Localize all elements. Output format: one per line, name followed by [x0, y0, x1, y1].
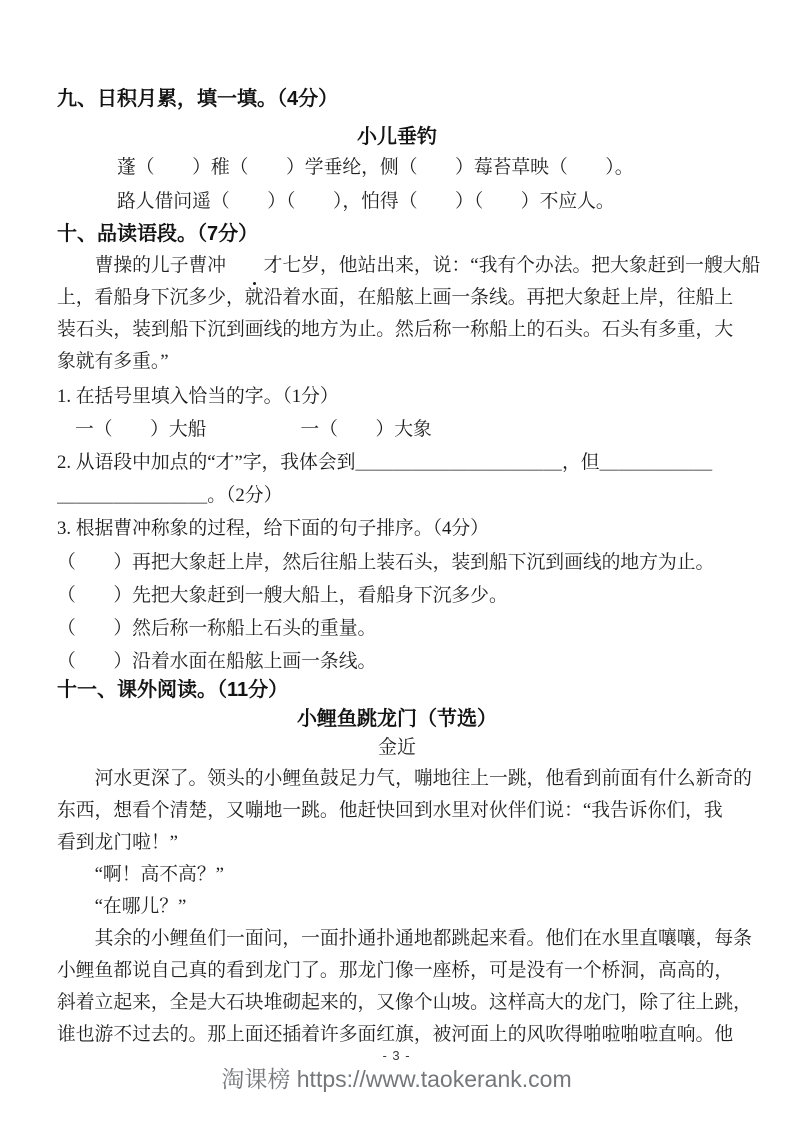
order-item: （ ）沿着水面在船舷上画一条线。: [57, 644, 737, 677]
reading-line: 斜着立起来，全是大石块堆砌起来的，又像个山坡。这样高大的龙门，除了往上跳，: [57, 987, 737, 1019]
page-number: - 3 -: [0, 1048, 793, 1064]
passage-line: 上，看船身下沉多少，就沿着水面，在船舷上画一条线。再把大象赶上岸，往船上: [57, 282, 737, 314]
emphasized-char: 才: [226, 250, 282, 282]
order-item: （ ）再把大象赶上岸，然后往船上装石头，装到船下沉到画线的地方为止。: [57, 545, 737, 578]
site-watermark: 淘课榜 https://www.taokerank.com: [0, 1066, 793, 1093]
reading-title: 小鲤鱼跳龙门（节选）: [57, 706, 737, 733]
question-1-fill-line: 一（ ）大船 一（ ）大象: [75, 413, 737, 446]
reading-line: 河水更深了。领头的小鲤鱼鼓足力气，嘣地往上一跳，他看到前面有什么新奇的: [57, 763, 737, 795]
passage-line: 象就有多重。”: [57, 346, 737, 378]
poem-line: 路人借问遥（ ）（ ），怕得（ ）（ ）不应人。: [117, 185, 737, 219]
section-11: 十一、课外阅读。（11分） 小鲤鱼跳龙门（节选） 金近 河水更深了。领头的小鲤鱼…: [57, 677, 737, 1051]
section-9: 九、日积月累，填一填。（4分） 小儿垂钓 蓬（ ）稚（ ）学垂纶，侧（ ）莓苔草…: [57, 86, 737, 219]
order-item: （ ）然后称一称船上石头的重量。: [57, 611, 737, 644]
section-10: 十、品读语段。（7分） 曹操的儿子曹冲才七岁，他站出来，说：“我有个办法。把大象…: [57, 221, 737, 677]
reading-line: 看到龙门啦！”: [57, 827, 737, 859]
poem-title: 小儿垂钓: [57, 124, 737, 151]
passage-line-1-post: 七岁，他站出来，说：“我有个办法。把大象赶到一艘大船: [282, 255, 760, 276]
page-content: 九、日积月累，填一填。（4分） 小儿垂钓 蓬（ ）稚（ ）学垂纶，侧（ ）莓苔草…: [0, 0, 793, 1051]
worksheet-page: 九、日积月累，填一填。（4分） 小儿垂钓 蓬（ ）稚（ ）学垂纶，侧（ ）莓苔草…: [0, 0, 793, 1122]
question-2-line-2: ＿＿＿＿＿＿＿＿。（2分）: [57, 479, 737, 512]
poem-line: 蓬（ ）稚（ ）学垂纶，侧（ ）莓苔草映（ ）。: [117, 151, 737, 185]
reading-author: 金近: [57, 733, 737, 763]
reading-lines: 河水更深了。领头的小鲤鱼鼓足力气，嘣地往上一跳，他看到前面有什么新奇的东西，想看…: [57, 763, 737, 1051]
passage-line-1: 曹操的儿子曹冲才七岁，他站出来，说：“我有个办法。把大象赶到一艘大船: [57, 250, 737, 282]
reading-line: “啊！高不高？”: [57, 859, 737, 891]
question-3-items: （ ）再把大象赶上岸，然后往船上装石头，装到船下沉到画线的地方为止。（ ）先把大…: [57, 545, 737, 677]
section-11-heading: 十一、课外阅读。（11分）: [57, 677, 737, 704]
page-footer: - 3 - 淘课榜 https://www.taokerank.com: [0, 1048, 793, 1093]
reading-line: 东西，想看个清楚，又嘣地一跳。他赶快回到水里对伙伴们说：“我告诉你们，我: [57, 795, 737, 827]
reading-line: 小鲤鱼都说自己真的看到龙门了。那龙门像一座桥，可是没有一个桥洞，高高的，: [57, 955, 737, 987]
passage: 曹操的儿子曹冲才七岁，他站出来，说：“我有个办法。把大象赶到一艘大船 上，看船身…: [57, 250, 737, 378]
passage-lines: 上，看船身下沉多少，就沿着水面，在船舷上画一条线。再把大象赶上岸，往船上装石头，…: [57, 282, 737, 378]
passage-line-1-pre: 曹操的儿子曹冲: [95, 255, 226, 276]
section-9-heading: 九、日积月累，填一填。（4分）: [57, 86, 737, 113]
section-10-heading: 十、品读语段。（7分）: [57, 221, 737, 248]
reading-line: “在哪儿？”: [57, 891, 737, 923]
question-2-line-1: 2. 从语段中加点的“才”字，我体会到＿＿＿＿＿＿＿＿＿＿＿，但＿＿＿＿＿＿: [57, 446, 737, 479]
passage-line: 装石头，装到船下沉到画线的地方为止。然后称一称船上的石头。石头有多重，大: [57, 314, 737, 346]
reading-line: 谁也游不过去的。那上面还插着许多面红旗，被河面上的风吹得啪啦啪啦直响。他: [57, 1019, 737, 1051]
question-3: 3. 根据曹冲称象的过程，给下面的句子排序。（4分）: [57, 512, 737, 545]
question-1: 1. 在括号里填入恰当的字。（1分）: [57, 380, 737, 413]
reading-line: 其余的小鲤鱼们一面问，一面扑通扑通地都跳起来看。他们在水里直嚷嚷，每条: [57, 923, 737, 955]
poem-lines: 蓬（ ）稚（ ）学垂纶，侧（ ）莓苔草映（ ）。路人借问遥（ ）（ ），怕得（ …: [57, 151, 737, 219]
order-item: （ ）先把大象赶到一艘大船上，看船身下沉多少。: [57, 578, 737, 611]
